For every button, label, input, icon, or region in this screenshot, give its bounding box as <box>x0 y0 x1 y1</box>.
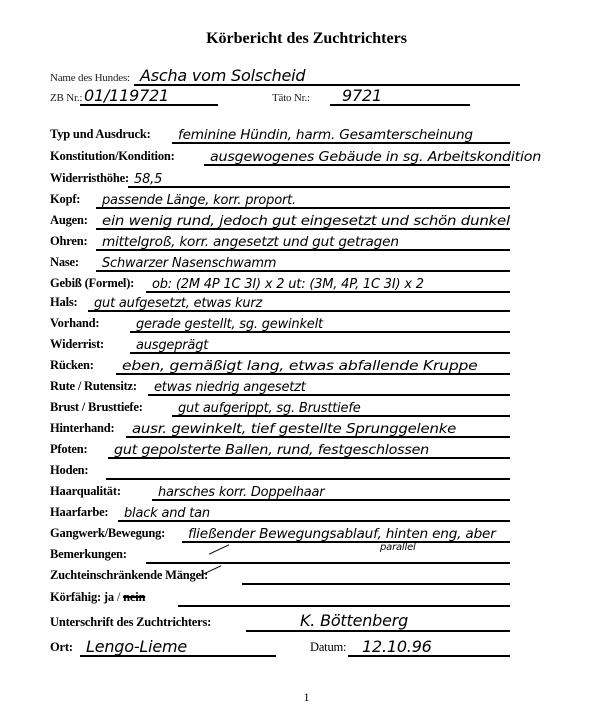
field-value[interactable]: gut aufgerippt, sg. Brusttiefe <box>178 401 361 416</box>
field-value[interactable]: passende Länge, korr. proport. <box>102 193 296 208</box>
field-label: Hoden: <box>50 463 88 478</box>
field-row: Pfoten:gut gepolsterte Ballen, rund, fes… <box>50 439 510 459</box>
field-label: Kopf: <box>50 192 80 207</box>
ort-label: Ort: <box>50 640 73 655</box>
field-value[interactable]: mittelgroß, korr. angesetzt und gut getr… <box>102 235 399 250</box>
zb-label: ZB Nr.: <box>50 92 82 104</box>
name-label: Name des Hundes: <box>50 72 130 84</box>
field-label: Augen: <box>50 213 88 228</box>
koerfaehig-prefix: Körfähig: <box>50 590 101 604</box>
signature-label: Unterschrift des Zuchtrichters: <box>50 615 211 630</box>
field-row: Hals:gut aufgesetzt, etwas kurz <box>50 292 510 312</box>
field-line <box>242 583 510 585</box>
field-value[interactable]: eben, gemäßigt lang, etwas abfallende Kr… <box>122 359 478 374</box>
field-value[interactable]: gut aufgesetzt, etwas kurz <box>94 296 262 311</box>
koerfaehig-row: Körfähig: ja / nein <box>50 587 510 607</box>
field-row: Brust / Brusttiefe:gut aufgerippt, sg. B… <box>50 397 510 417</box>
field-line <box>146 562 510 564</box>
field-label: Widerristhöhe: <box>50 171 129 186</box>
field-value[interactable]: ausr. gewinkelt, tief gestellte Sprungge… <box>132 422 456 437</box>
field-value[interactable]: feminine Hündin, harm. Gesamterscheinung <box>178 128 473 143</box>
ort-value[interactable]: Lengo-Lieme <box>86 637 187 656</box>
taeto-label: Täto Nr.: <box>272 92 310 104</box>
field-row: Augen:ein wenig rund, jedoch gut eingese… <box>50 210 510 230</box>
field-row: Kopf:passende Länge, korr. proport. <box>50 189 510 209</box>
koerfaehig-separator: / <box>117 590 120 604</box>
field-row: Haarqualität:harsches korr. Doppelhaar <box>50 481 510 501</box>
field-label: Rücken: <box>50 358 94 373</box>
field-row: Rücken:eben, gemäßigt lang, etwas abfall… <box>50 355 510 375</box>
field-row: Typ und Ausdruck:feminine Hündin, harm. … <box>50 124 510 144</box>
field-value[interactable]: etwas niedrig angesetzt <box>154 380 306 395</box>
field-row: Hoden: <box>50 460 510 480</box>
taeto-value[interactable]: 9721 <box>342 86 382 105</box>
field-row: Gebiß (Formel):ob: (2M 4P 1C 3I) x 2 ut:… <box>50 273 510 293</box>
field-value[interactable]: harsches korr. Doppelhaar <box>158 485 324 500</box>
name-row: Name des Hundes: Ascha vom Solscheid <box>50 66 520 86</box>
field-label: Gangwerk/Bewegung: <box>50 526 165 541</box>
field-line <box>128 186 510 188</box>
field-value[interactable]: ein wenig rund, jedoch gut eingesetzt un… <box>102 214 510 229</box>
field-row: Gangwerk/Bewegung:fließender Bewegungsab… <box>50 523 510 543</box>
field-label: Hinterhand: <box>50 421 114 436</box>
field-row: Haarfarbe:black and tan <box>50 502 510 522</box>
field-value[interactable]: ausgewogenes Gebäude in sg. Arbeitskondi… <box>210 150 541 165</box>
field-row: Hinterhand:ausr. gewinkelt, tief gestell… <box>50 418 510 438</box>
field-row: Widerrist:ausgeprägt <box>50 334 510 354</box>
field-label: Typ und Ausdruck: <box>50 127 151 142</box>
field-value[interactable]: gut gepolsterte Ballen, rund, festgeschl… <box>114 443 429 458</box>
field-value[interactable]: ob: (2M 4P 1C 3I) x 2 ut: (3M, 4P, 1C 3I… <box>152 277 424 292</box>
field-value[interactable]: black and tan <box>124 506 210 521</box>
field-label: Haarfarbe: <box>50 505 108 520</box>
field-value[interactable]: ausgeprägt <box>136 338 208 353</box>
zb-value[interactable]: 01/119721 <box>84 86 169 105</box>
field-label: Pfoten: <box>50 442 87 457</box>
field-label: Konstitution/Kondition: <box>50 149 175 164</box>
koerfaehig-no[interactable]: nein <box>123 590 145 604</box>
field-label: Rute / Rutensitz: <box>50 379 137 394</box>
page-number: 1 <box>0 690 613 705</box>
field-value[interactable]: 58,5 <box>134 172 162 187</box>
field-value[interactable]: fließender Bewegungsablauf, hinten eng, … <box>188 527 496 542</box>
field-label: Brust / Brusttiefe: <box>50 400 143 415</box>
field-row: Konstitution/Kondition:ausgewogenes Gebä… <box>50 146 510 166</box>
field-label: Bemerkungen: <box>50 547 127 562</box>
koerfaehig-label: Körfähig: ja / nein <box>50 590 145 605</box>
field-row: Ohren:mittelgroß, korr. angesetzt und gu… <box>50 231 510 251</box>
field-row: Bemerkungen: <box>50 544 510 564</box>
field-label: Nase: <box>50 255 79 270</box>
name-value[interactable]: Ascha vom Solscheid <box>140 66 305 85</box>
field-label: Zuchteinschränkende Mängel: <box>50 568 208 583</box>
field-value[interactable]: Schwarzer Nasenschwamm <box>102 256 276 271</box>
field-label: Widerrist: <box>50 337 104 352</box>
field-line <box>106 478 510 480</box>
field-value[interactable]: gerade gestellt, sg. gewinkelt <box>136 317 323 332</box>
field-label: Hals: <box>50 295 77 310</box>
field-label: Vorhand: <box>50 316 99 331</box>
ort-datum-row: Ort: Lengo-Lieme Datum: 12.10.96 <box>50 637 510 657</box>
field-label: Haarqualität: <box>50 484 121 499</box>
datum-label: Datum: <box>310 640 346 655</box>
signature-line <box>246 630 510 632</box>
field-label: Gebiß (Formel): <box>50 276 134 291</box>
signature-value[interactable]: K. Böttenberg <box>300 611 408 630</box>
datum-value[interactable]: 12.10.96 <box>362 637 432 656</box>
field-row: Rute / Rutensitz:etwas niedrig angesetzt <box>50 376 510 396</box>
field-row: Vorhand:gerade gestellt, sg. gewinkelt <box>50 313 510 333</box>
zb-row: ZB Nr.: 01/119721 Täto Nr.: 9721 <box>50 86 470 106</box>
signature-row: Unterschrift des Zuchtrichters: K. Bötte… <box>50 612 510 632</box>
document-title: Körbericht des Zuchtrichters <box>0 30 613 48</box>
field-row: Zuchteinschränkende Mängel: <box>50 565 510 585</box>
koerfaehig-yes[interactable]: ja <box>104 590 114 604</box>
koerfaehig-line <box>178 605 510 607</box>
field-row: Widerristhöhe:58,5 <box>50 168 510 188</box>
field-label: Ohren: <box>50 234 87 249</box>
field-row: Nase:Schwarzer Nasenschwamm <box>50 252 510 272</box>
